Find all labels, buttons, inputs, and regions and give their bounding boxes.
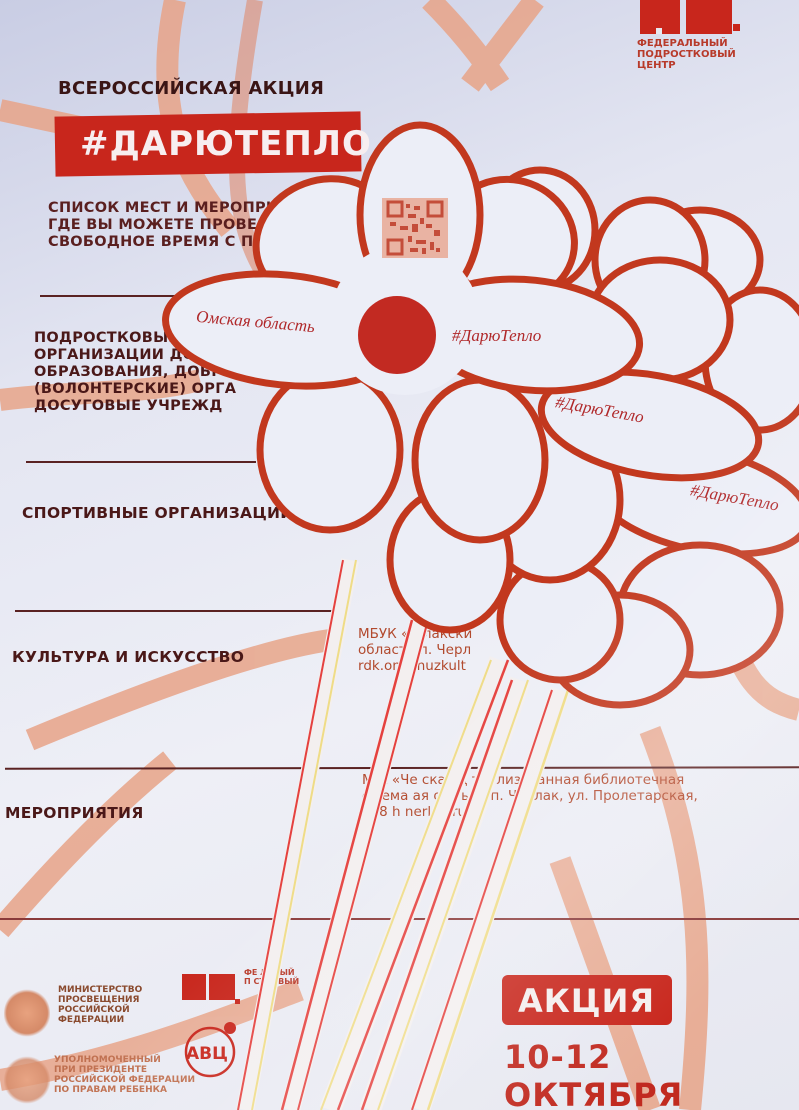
poster: ФЕДЕРАЛЬНЫЙ ПОДРОСТКОВЫЙ ЦЕНТР ВСЕРОССИЙ… — [0, 0, 799, 1110]
qr-code-icon — [386, 200, 444, 256]
flower-front — [0, 0, 799, 1110]
petal-text-hashtag: #ДарюТепло — [452, 326, 541, 346]
